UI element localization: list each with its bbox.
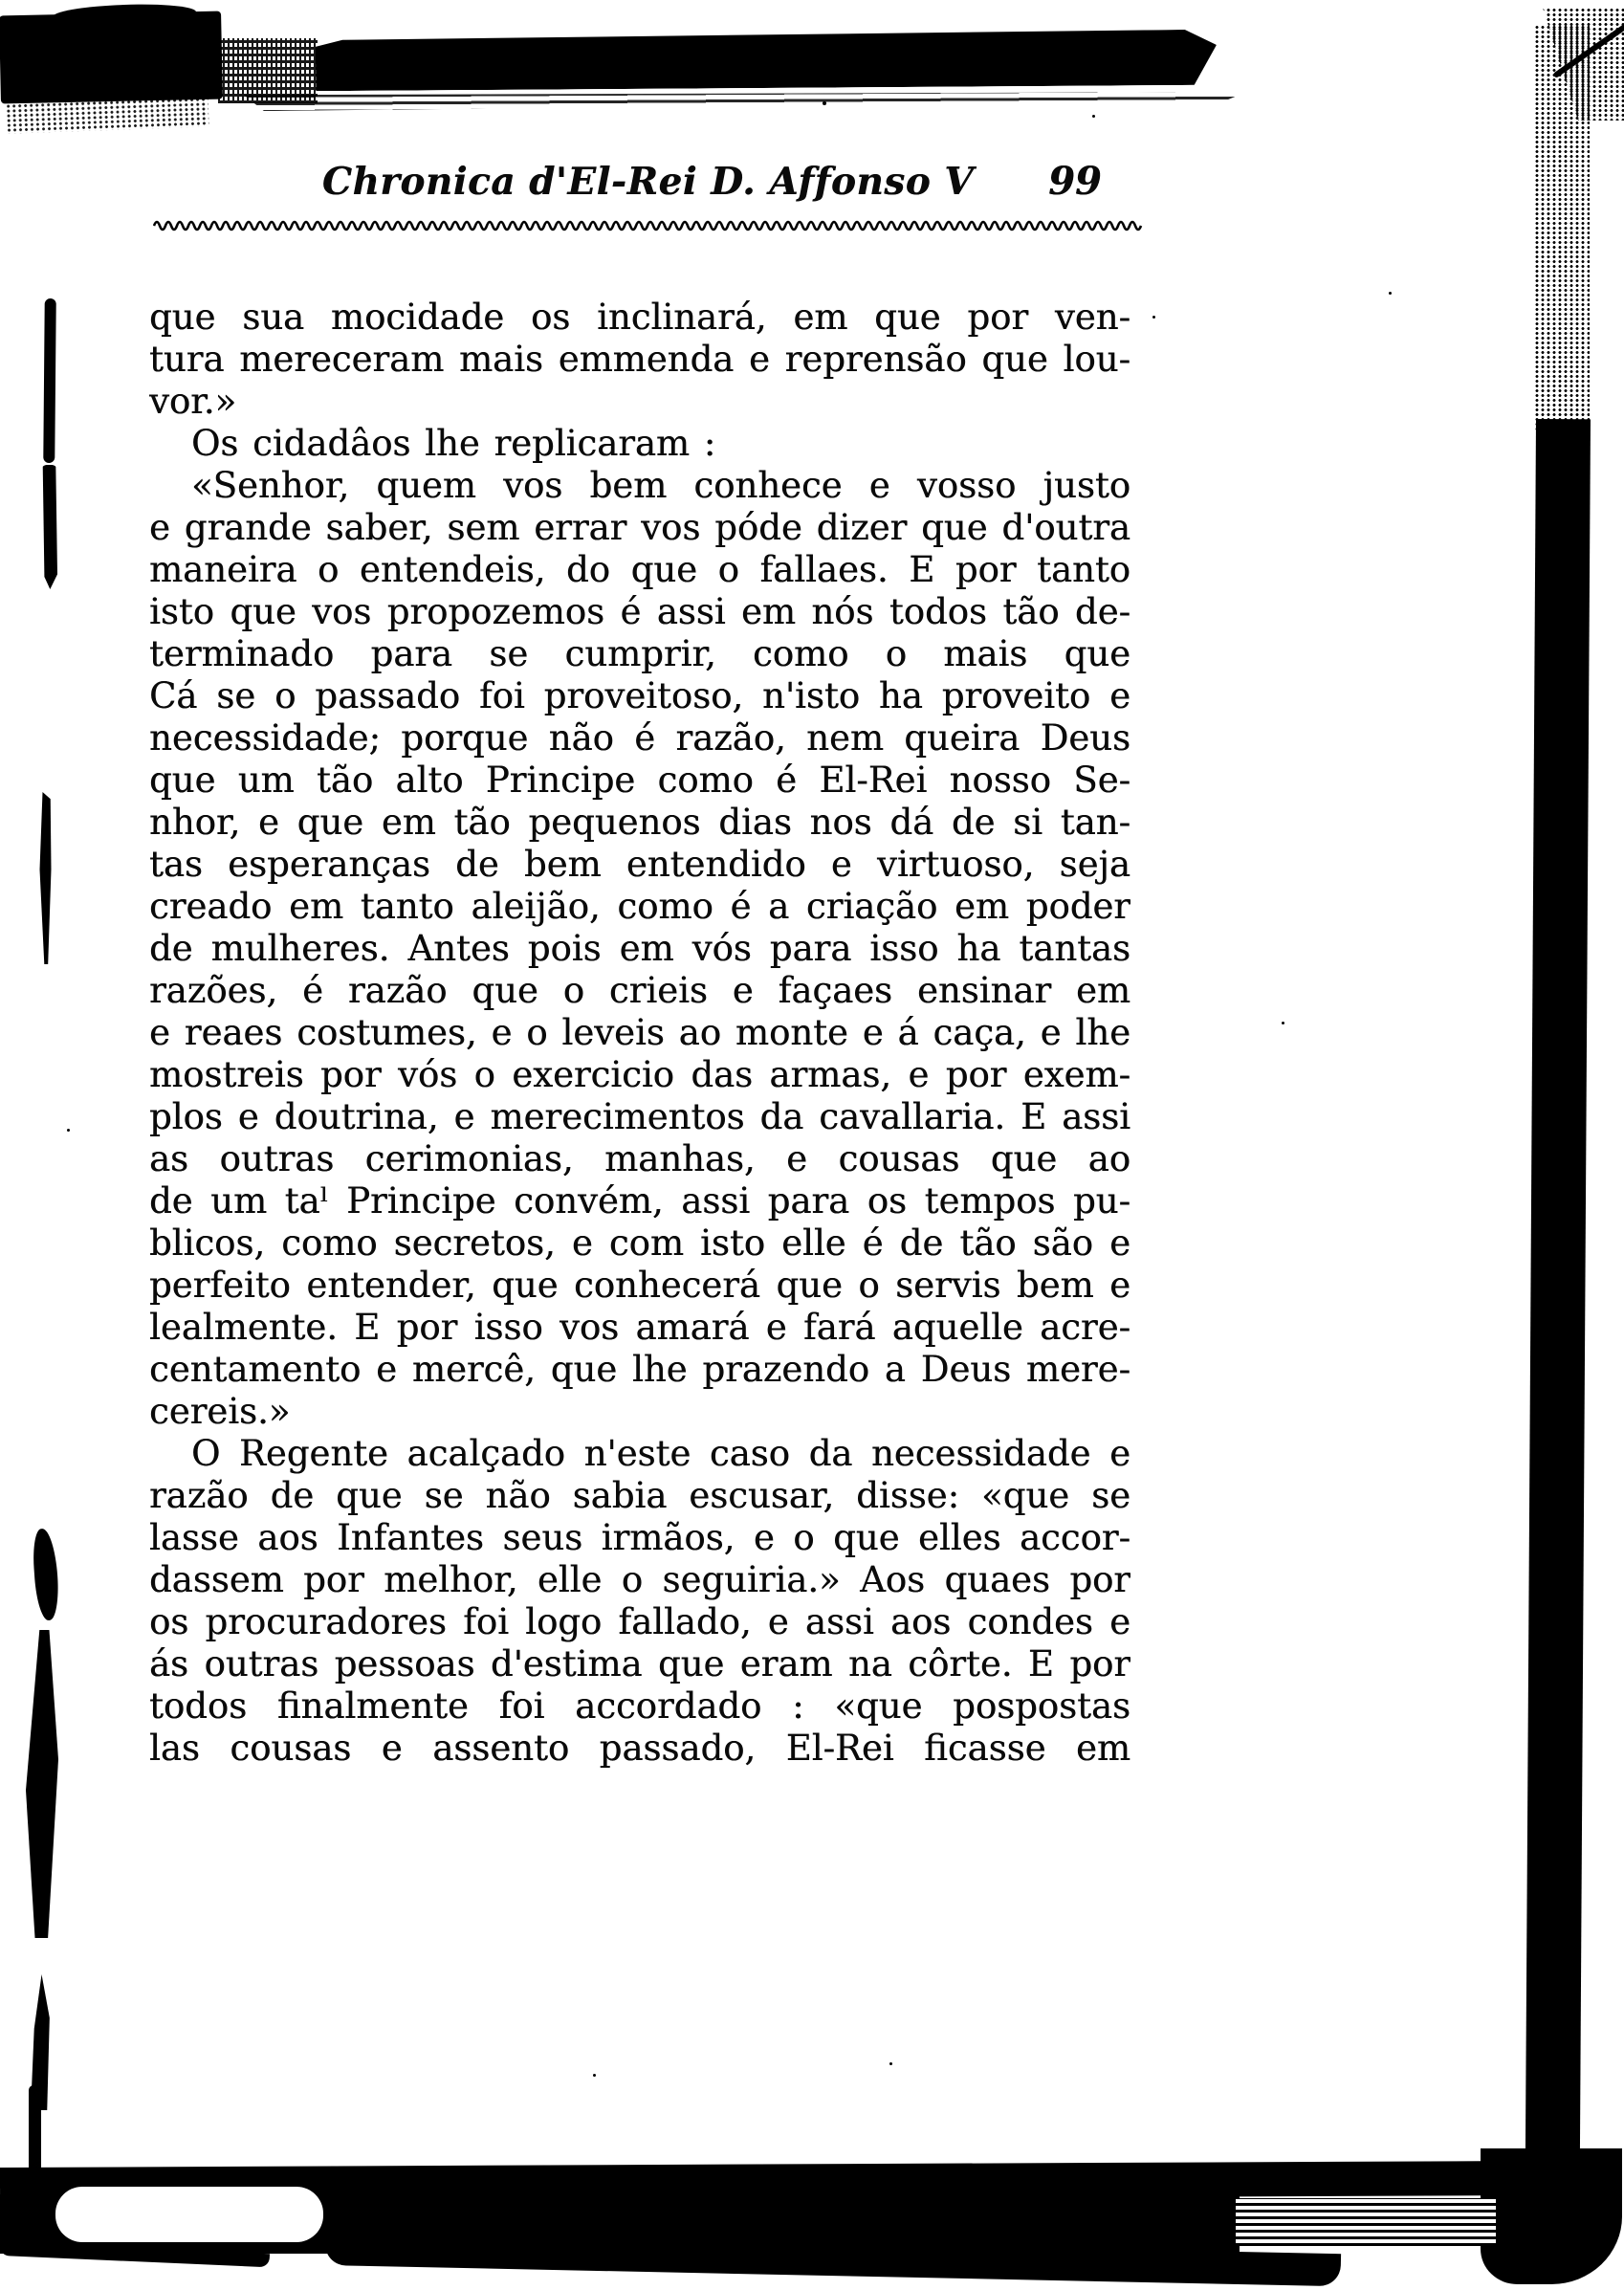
text-line: todos finalmente foi accordado : «que po…: [149, 1685, 1130, 1728]
text-line: Os cidadâos lhe replicaram :: [149, 423, 1130, 465]
wavy-rule-divider: [153, 214, 1143, 233]
text-line: maneira o entendeis, do que o fallaes. E…: [149, 549, 1130, 591]
ink-speck: [1152, 316, 1155, 319]
scan-smudge-top-left-fringe: [5, 92, 208, 133]
scan-bottom-white-notch: [55, 2187, 323, 2242]
text-line: las cousas e assento passado, El-Rei fic…: [149, 1728, 1130, 1770]
text-line: lasse aos Infantes seus irmãos, e o que …: [149, 1517, 1130, 1559]
body-text: que sua mocidade os inclinará, em que po…: [149, 297, 1130, 1770]
text-line: as outras cerimonias, manhas, e cousas q…: [149, 1138, 1130, 1180]
text-line: Cá se o passado foi proveitoso, n'isto h…: [149, 675, 1130, 717]
text-line: os procuradores foi logo fallado, e assi…: [149, 1601, 1130, 1643]
ink-speck: [593, 2074, 596, 2077]
text-line: tas esperanças de bem entendido e virtuo…: [149, 844, 1130, 886]
text-line: creado em tanto aleijão, como é a criaçã…: [149, 886, 1130, 928]
scan-ink-mark-left-6: [29, 1974, 54, 2110]
ink-speck: [516, 55, 519, 58]
scan-halftone-strip: [218, 38, 318, 103]
ink-speck: [1389, 292, 1392, 295]
scan-edge-band-right: [1525, 419, 1591, 2171]
text-line: terminado para se cumprir, como o mais q…: [149, 633, 1130, 675]
text-line: ás outras pessoas d'estima que eram na c…: [149, 1643, 1130, 1685]
scan-bottom-hatch: [1236, 2198, 1496, 2246]
text-line: centamento e mercê, que lhe prazendo a D…: [149, 1349, 1130, 1391]
ink-speck: [371, 178, 375, 182]
text-line: nhor, e que em tão pequenos dias nos dá …: [149, 802, 1130, 844]
scanned-book-page: Chronica d'El-Rei D. Affonso V 99 que su…: [0, 0, 1624, 2290]
text-line: e reaes costumes, e o leveis ao monte e …: [149, 1012, 1130, 1054]
page-number: 99: [1031, 157, 1119, 207]
text-line: razões, é razão que o crieis e façaes en…: [149, 970, 1130, 1012]
text-line: tura mereceram mais emmenda e reprensão …: [149, 339, 1130, 381]
scan-ink-mark-left-3: [38, 792, 53, 964]
text-line: blicos, como secretos, e com isto elle é…: [149, 1222, 1130, 1265]
scan-smudge-top-left: [0, 11, 223, 104]
text-line: e grande saber, sem errar vos póde dizer…: [149, 507, 1130, 549]
text-line: que sua mocidade os inclinará, em que po…: [149, 297, 1130, 339]
text-line: de mulheres. Antes pois em vós para isso…: [149, 928, 1130, 970]
scan-blob-bottom-right: [1481, 2148, 1622, 2284]
text-line: isto que vos propozemos é assi em nós to…: [149, 591, 1130, 633]
ink-speck: [823, 101, 826, 105]
text-line: plos e doutrina, e merecimentos da caval…: [149, 1096, 1130, 1138]
ink-speck: [1092, 115, 1095, 118]
text-line: vor.»: [149, 381, 1130, 423]
text-line: O Regente acalçado n'este caso da necess…: [149, 1433, 1130, 1475]
ink-speck: [67, 1129, 70, 1132]
ink-speck: [889, 2062, 892, 2065]
scan-ink-mark-left-2: [41, 465, 57, 589]
text-line: perfeito entender, que conhecerá que o s…: [149, 1265, 1130, 1307]
scan-edge-speckle-right: [1534, 25, 1590, 430]
text-line: razão de que se não sabia escusar, disse…: [149, 1475, 1130, 1517]
ink-speck: [1282, 1022, 1284, 1024]
text-line: mostreis por vós o exercicio das armas, …: [149, 1054, 1130, 1096]
scan-smudge-top-band: [316, 30, 1217, 92]
scan-ink-mark-left-5: [26, 1630, 58, 1938]
text-line: cereis.»: [149, 1391, 1130, 1433]
scan-ink-mark-left-4: [32, 1528, 61, 1620]
text-line: de um taˡ Principe convém, assi para os …: [149, 1180, 1130, 1222]
scan-streaks-top: [244, 89, 1246, 111]
text-line: que um tão alto Principe como é El-Rei n…: [149, 760, 1130, 802]
running-header-title: Chronica d'El-Rei D. Affonso V: [153, 157, 1143, 207]
text-line: «Senhor, quem vos bem conhece e vosso ju…: [149, 465, 1130, 507]
text-line: necessidade; porque não é razão, nem que…: [149, 717, 1130, 760]
text-line: lealmente. E por isso vos amará e fará a…: [149, 1307, 1130, 1349]
text-line: dassem por melhor, elle o seguiria.» Aos…: [149, 1559, 1130, 1601]
scan-ink-mark-left-1: [43, 298, 56, 463]
